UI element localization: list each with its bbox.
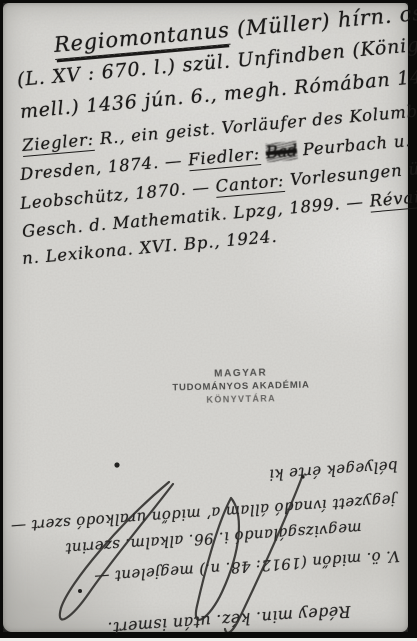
stamp-line-2: TUDOMÁNYOS AKADÉMIA xyxy=(166,379,316,393)
biblio-line-3-rest: Vorlesungen üb. xyxy=(283,158,417,190)
entry-line-1-rest: (Müller) hírn. csillagász xyxy=(229,0,417,42)
flipped-line-1: Rédey min. kéz. után ismert. xyxy=(107,602,352,638)
biblio-author-ziegler: Ziegler: xyxy=(21,130,95,157)
biblio-line-2-pre: Dresden, 1874. — xyxy=(19,150,189,184)
library-stamp: MAGYAR TUDOMÁNYOS AKADÉMIA KÖNYVTÁRA xyxy=(166,366,317,405)
crossed-out-word: Bad xyxy=(265,141,298,163)
flipped-line-2: V. ö. midőn (1912: 48. n.) megjelent — xyxy=(94,547,401,586)
biblio-author-fiedler: Fiedler: xyxy=(187,144,261,171)
paper-surface: Regiomontanus (Müller) hírn. csillagász … xyxy=(3,3,408,632)
biblio-author-revai: Révai xyxy=(369,187,417,212)
scanned-catalog-card: Regiomontanus (Müller) hírn. csillagász … xyxy=(0,0,417,641)
stamp-line-3: KÖNYVTÁRA xyxy=(166,392,316,405)
upside-down-note: Rédey min. kéz. után ismert. V. ö. midőn… xyxy=(15,441,407,629)
stamp-line-1: MAGYAR xyxy=(166,366,316,380)
biblio-line-2-rest: Peurbach u. R. xyxy=(296,129,417,160)
flipped-line-5: bélyegek érte ki xyxy=(268,457,398,484)
biblio-author-cantor: Cantor: xyxy=(215,171,285,198)
